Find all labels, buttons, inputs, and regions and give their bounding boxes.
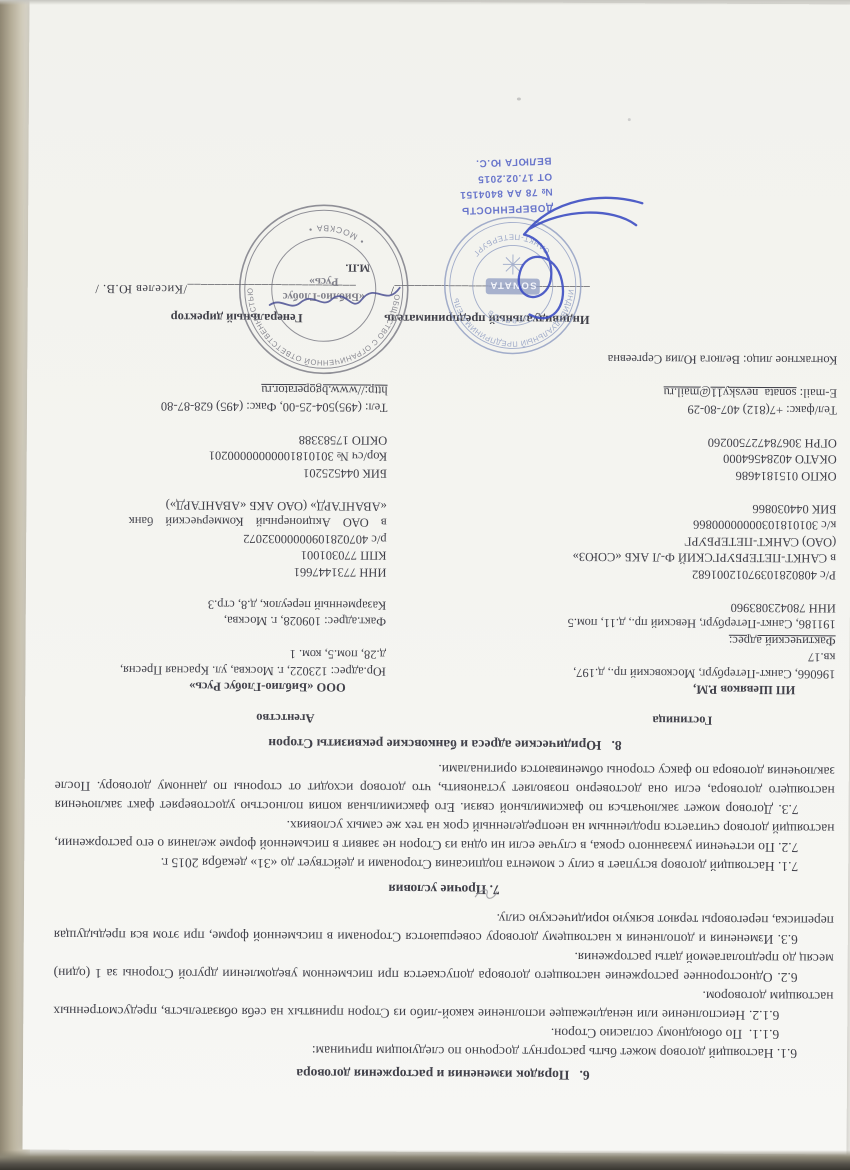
clause-6-2: 6.2. Одностороннее расторжение настоящег… <box>54 945 834 988</box>
hotel-column-header: Гостиница <box>529 711 835 729</box>
requisite-line: ОГРН 306784727500260 <box>431 432 837 451</box>
requisite-line: ООО «Библио-Глобус Русь» <box>55 678 345 696</box>
requisite-line: к/с 30101810300000000866 <box>431 515 837 534</box>
scanner-edge-top <box>0 0 850 5</box>
requisite-line <box>56 579 386 598</box>
requisite-line: БИК 044525201 <box>57 463 387 482</box>
clause-6-3: 6.3. Изменения и дополнения к настоящему… <box>54 907 834 950</box>
requisite-line <box>431 416 837 435</box>
clause-7-2: 7.2. По истечении указанного срока, в сл… <box>54 815 834 858</box>
requisite-line: Фактический адрес: <box>430 630 836 649</box>
requisite-line: д.28, пом.5, ком. 1 <box>55 645 385 664</box>
pencil-mark <box>472 886 500 904</box>
requisite-line: кв.17 <box>430 647 836 666</box>
requisite-line: в САНКТ-ПЕТЕРБУРГСКИЙ Ф-Л АКБ «СОЮЗ» <box>430 548 836 567</box>
requisite-line: Юр.адрес: 123022, г. Москва, ул. Красная… <box>55 661 385 680</box>
clause-6-1-2: 6.1.2. Неисполнение или ненадлежащее исп… <box>53 983 833 1026</box>
link-text: sonata_nevsky11@mail.ru <box>664 386 797 401</box>
contract-body: 6. Порядок изменения и расторжения догов… <box>22 347 850 1154</box>
requisite-line: ОКПО 17583388 <box>57 430 387 449</box>
paper-sheet: 6. Порядок изменения и расторжения догов… <box>22 0 850 1155</box>
requisite-line: ИП Шевяков Р.М, <box>430 680 796 699</box>
requisite-line: Факт.адрес: 109028, г. Москва, <box>56 612 386 631</box>
requisite-line: Казарменный переулок, д.8, стр.3 <box>56 595 386 614</box>
document-upright-layer: 6. Порядок изменения и расторжения догов… <box>22 0 850 1155</box>
svg-text:• МОСКВА •: • МОСКВА • <box>306 223 366 246</box>
requisite-line: Тел: (495)504-25-00, Факс: (495) 628-87-… <box>57 397 387 416</box>
requisite-line: (ОАО) САНКТ-ПЕТЕРБУРГ <box>431 531 837 550</box>
requisite-line <box>56 628 386 647</box>
requisite-line <box>57 480 387 499</box>
clause-7-3: 7.3. Договор может заключаться по факсим… <box>55 758 835 820</box>
paper-speck <box>517 97 521 100</box>
requisite-line: 196066, Санкт-Петербург, Московский пр.,… <box>430 663 836 682</box>
requisite-line: «АВАНГАРД» (ОАО АКБ «АВАНГАРД») <box>56 496 386 515</box>
requisite-line: ОКАТО 40284564000 <box>431 449 837 468</box>
section-6-heading: 6. Порядок изменения и расторжения догов… <box>163 1063 723 1085</box>
requisite-line <box>431 482 837 501</box>
hotel-requisite-lines: ИП Шевяков Р.М,196066, Санкт-Петербург, … <box>430 350 838 699</box>
requisite-line: БИК 044030866 <box>431 498 837 517</box>
hotel-handwritten-signature <box>502 174 673 325</box>
section-8-heading: 8. Юридические адреса и банковские рекви… <box>165 733 725 755</box>
agency-column: Агентство ООО «Библио-Глобус Русь»Юр.адр… <box>55 348 432 727</box>
requisite-line: E-mail: sonata_nevsky11@mail.ru <box>431 383 837 402</box>
paper-speck <box>628 118 631 121</box>
requisite-line: КПП 770301001 <box>56 546 386 565</box>
requisite-line: 191186, Санкт-Петербург, Невский пр., д.… <box>430 614 836 633</box>
agency-handwritten-signature <box>264 269 404 314</box>
requisite-line: в ОАО Акционерный Коммерческий банк <box>56 513 386 532</box>
requisite-line <box>432 366 838 385</box>
requisite-line: Р/с 40802810397012001682 <box>430 564 836 583</box>
requisite-line: ОКПО 0151814686 <box>431 465 837 484</box>
requisite-line <box>57 414 387 433</box>
scanned-page: 6. Порядок изменения и расторжения догов… <box>0 0 850 1170</box>
link-text: http://www.bgoperator.ru <box>261 383 387 398</box>
requisite-line <box>430 581 836 600</box>
hotel-column: Гостиница ИП Шевяков Р.М,196066, Санкт-П… <box>429 350 837 729</box>
requisite-line: ИНН 7731447661 <box>56 562 386 581</box>
section-7-heading: 7. Прочие условия <box>164 878 724 900</box>
requisite-line: р/с 40702810900000032072 <box>56 529 386 548</box>
agency-requisite-lines: ООО «Библио-Глобус Русь»Юр.адрес: 123022… <box>55 381 387 697</box>
agency-column-header: Агентство <box>185 709 385 727</box>
requisite-line: Кор/сч № 30101810000000000201 <box>57 447 387 466</box>
requisite-line: ИНН 780423083960 <box>430 597 836 616</box>
scanner-edge-bottom <box>0 1150 850 1170</box>
requisites-columns: Гостиница ИП Шевяков Р.М,196066, Санкт-П… <box>55 348 837 730</box>
requisite-line: http://www.bgoperator.ru <box>57 381 387 400</box>
requisite-line: Тел/факс: +7(812) 407-80-29 <box>431 399 837 418</box>
agency-seal-ring-bottom-text: • МОСКВА • <box>306 223 366 246</box>
